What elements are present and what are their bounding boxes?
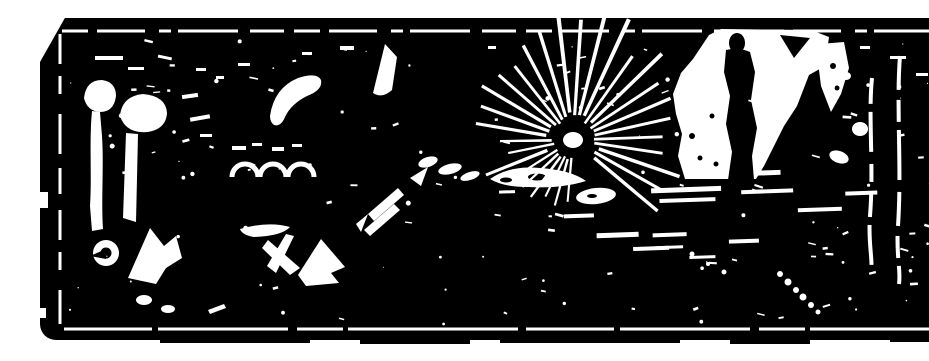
woodcut-print <box>40 16 929 345</box>
speckle <box>566 93 568 95</box>
bottom-left-blob-2 <box>161 305 175 313</box>
speckle <box>308 163 312 167</box>
speckle <box>281 311 285 315</box>
speckle <box>579 106 583 110</box>
water-band-hole-2 <box>500 178 512 183</box>
speckle <box>177 235 180 238</box>
speckle <box>167 89 170 92</box>
speckle <box>272 67 274 69</box>
speckle <box>182 176 186 180</box>
speckle <box>902 43 903 44</box>
speckle <box>482 256 484 258</box>
speckle <box>130 281 132 283</box>
left-tree-trunk-1 <box>90 111 103 231</box>
speckle <box>119 113 124 118</box>
speckle <box>909 232 915 234</box>
speckle <box>445 289 447 291</box>
speckle <box>341 110 344 113</box>
sun-center <box>563 132 583 148</box>
speckle <box>383 267 384 268</box>
speckle <box>837 227 838 228</box>
speckle <box>78 287 79 288</box>
speckle <box>699 320 703 324</box>
speckle <box>308 76 309 77</box>
speckle <box>172 130 176 134</box>
speckle <box>350 184 357 186</box>
speckle <box>848 297 851 300</box>
speckle <box>665 77 669 81</box>
speckle <box>178 161 179 162</box>
speckle <box>495 118 498 121</box>
speckle <box>454 176 457 179</box>
speckle <box>900 98 901 99</box>
speckle <box>842 261 845 264</box>
speckle <box>741 213 745 217</box>
speckle <box>190 172 194 176</box>
speckle <box>344 48 348 51</box>
speckle <box>170 64 175 66</box>
speckle <box>675 132 679 136</box>
speckle <box>563 302 566 305</box>
speckle <box>616 93 619 96</box>
speckle <box>91 132 94 134</box>
speckle <box>549 215 552 217</box>
speckle <box>131 88 136 91</box>
speckle <box>285 173 286 174</box>
speckle <box>855 308 857 310</box>
speckle <box>259 284 262 287</box>
speckle <box>911 256 913 258</box>
speckle <box>811 256 816 258</box>
speckle <box>545 96 550 101</box>
speckle <box>867 184 870 187</box>
speckle <box>542 279 545 282</box>
woodcut-canvas <box>40 16 929 345</box>
speckle <box>109 134 112 137</box>
speckle <box>70 82 71 83</box>
bottom-left-blob-1 <box>136 295 152 305</box>
speckle <box>825 253 833 256</box>
speckle <box>442 323 445 326</box>
water-blob-hole <box>587 194 597 198</box>
speckle <box>910 282 918 285</box>
speckle <box>866 83 870 87</box>
speckle <box>571 46 572 47</box>
speckle <box>238 39 242 43</box>
speckle <box>366 51 367 52</box>
speckle <box>700 266 704 270</box>
speckle <box>406 201 411 206</box>
speckle <box>439 256 442 259</box>
speckle <box>897 85 901 89</box>
speckle <box>829 52 831 54</box>
speckle <box>721 78 724 81</box>
speckle <box>419 151 422 154</box>
speckle <box>278 168 280 170</box>
speckle <box>706 261 707 262</box>
speckle <box>308 53 310 55</box>
speckle <box>93 190 98 195</box>
speckle <box>371 127 376 130</box>
speckle <box>909 269 913 273</box>
speckle <box>927 83 928 84</box>
speckle <box>787 104 789 106</box>
speckle <box>288 105 289 106</box>
speckle <box>69 309 71 311</box>
speckle <box>243 226 248 231</box>
speckle <box>110 144 115 149</box>
speckle <box>122 171 126 174</box>
speckle <box>812 221 814 223</box>
speckle <box>906 300 908 302</box>
speckle <box>408 64 410 66</box>
speckle <box>918 156 924 158</box>
speckle <box>214 79 218 83</box>
speckle <box>106 256 107 257</box>
speckle <box>641 171 645 175</box>
speckle <box>639 135 640 136</box>
speckle <box>832 86 835 89</box>
